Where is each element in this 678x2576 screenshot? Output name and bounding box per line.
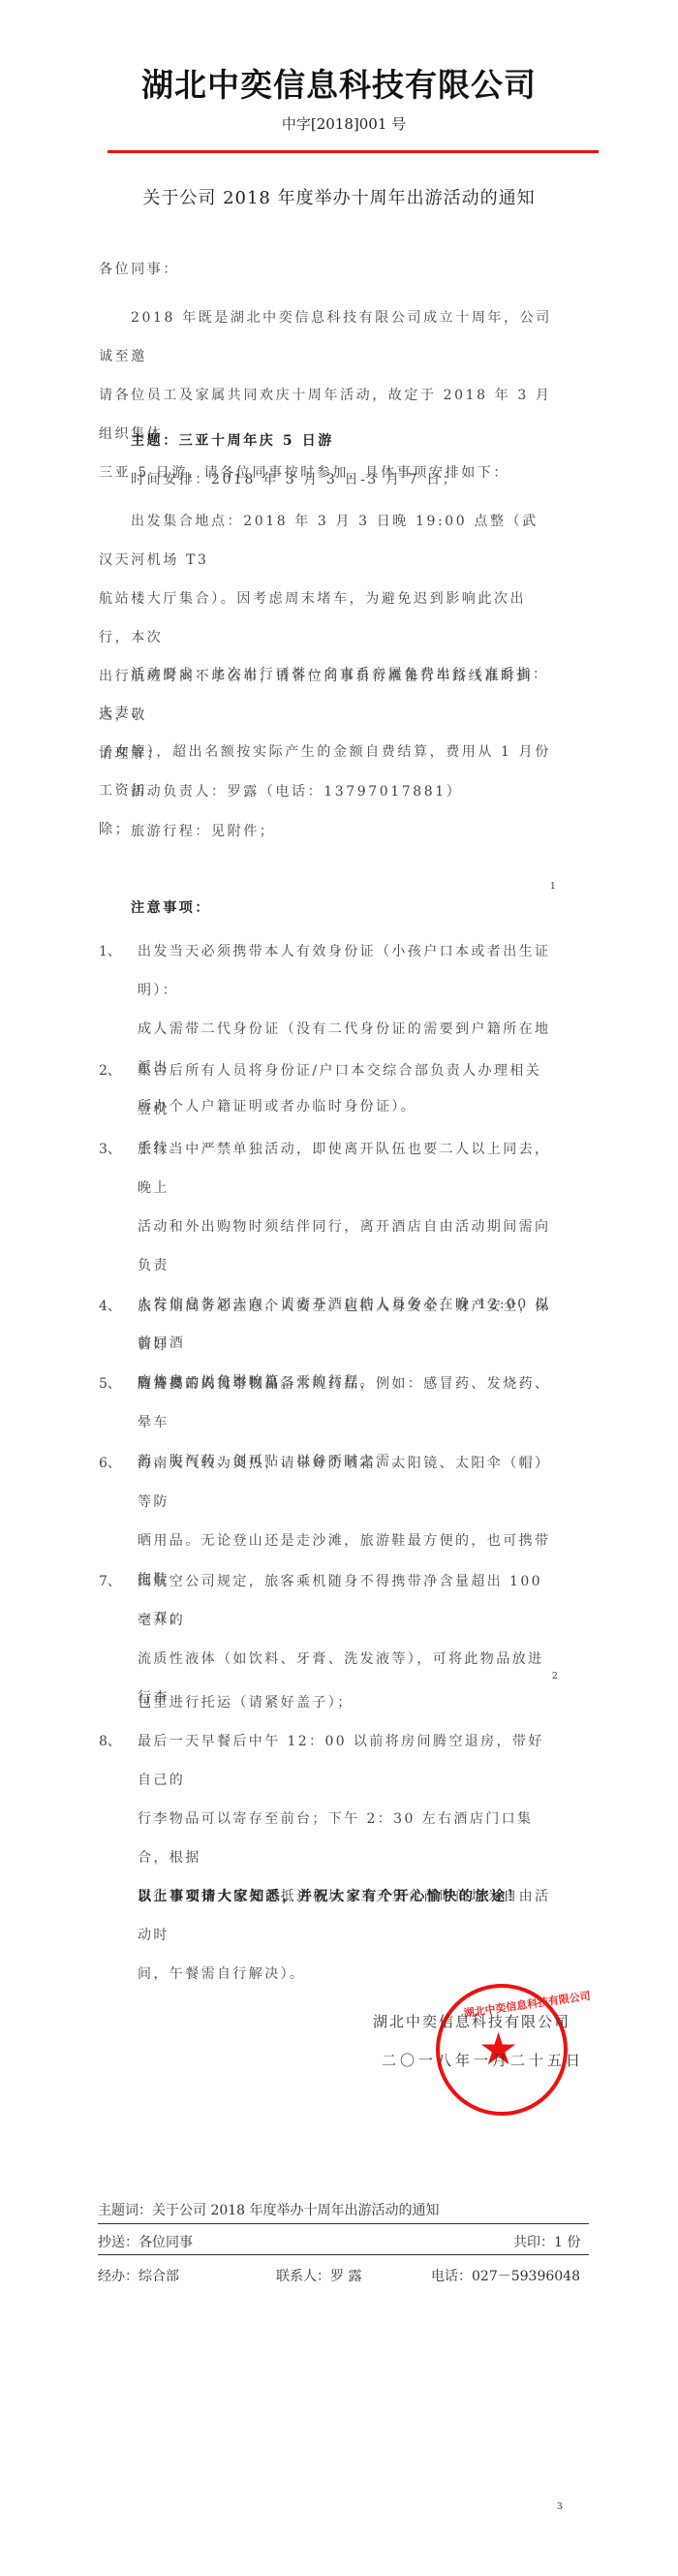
notes-heading: 注意事项： xyxy=(99,889,554,927)
note-line: 有需要的人员可以自备常规药品，例如：感冒药、发烧药、晕车 xyxy=(138,1365,554,1442)
closing-line: 以上事项请大家知悉，并祝大家有个开心愉快的旅途！ xyxy=(138,1877,593,1916)
note-line: 旅行当中严禁单独活动，即使离开队伍也要二人以上同去，晚上 xyxy=(138,1130,554,1208)
note-line: 出发当天必须携带本人有效身份证（小孩户口本或者出生证明）： xyxy=(138,932,554,1010)
note-number: 1、 xyxy=(99,932,121,971)
company-title: 湖北中奕信息科技有限公司 xyxy=(0,60,678,106)
meeting-line: 航站楼大厅集合）。因考虑周末堵车，为避免迟到影响此次出行，本次 xyxy=(99,580,554,657)
requirement-line: 活动要求：此次出行可带一名直系亲属免费出行（直系指：夫妻、 xyxy=(99,655,554,733)
note-line: 活动和外出购物时须结伴同行，离开酒店自由活动期间需向负责 xyxy=(138,1208,554,1285)
intro-line: 2018 年既是湖北中奕信息科技有限公司成立十周年，公司诚至邀 xyxy=(99,298,554,376)
footer-cc: 抄送：各位同事 xyxy=(98,2232,193,2251)
footer-handler: 经办：综合部 xyxy=(98,2266,179,2285)
signature-date: 二〇一八年一月二十五日 xyxy=(382,2050,584,2070)
signature-company: 湖北中奕信息科技有限公司 xyxy=(373,2011,570,2031)
note-line: 最后一天早餐后中午 12：00 以前将房间腾空退房，带好自己的 xyxy=(138,1722,554,1800)
footer-rule xyxy=(98,2223,589,2224)
note-number: 2、 xyxy=(99,1052,121,1090)
document-number: 中字[2018]001 号 xyxy=(0,113,678,134)
footer-phone: 电话：027－59396048 xyxy=(431,2266,580,2285)
note-number: 8、 xyxy=(99,1722,121,1761)
salutation: 各位同事： xyxy=(99,250,554,289)
note-number: 6、 xyxy=(99,1444,121,1483)
notice-title: 关于公司 2018 年度举办十周年出游活动的通知 xyxy=(0,184,678,209)
contact-line: 活动负责人：罗露（电话：13797017881） xyxy=(99,772,554,811)
theme-line: 主题：三亚十周年庆 5 日游 xyxy=(99,422,554,460)
meeting-line: 出发集合地点：2018 年 3 月 3 日晚 19:00 点整（武汉天河机场 T… xyxy=(99,502,554,580)
schedule-line: 时间安排：2018 年 3 月 3 日-3 月 7 日； xyxy=(99,460,554,499)
note-line: 海南天气较为炎热，请带好防晒霜、太阳镜、太阳伞（帽）等防 xyxy=(138,1444,554,1522)
red-header-rule xyxy=(108,150,599,153)
page-number: 3 xyxy=(557,2502,563,2512)
note-line: 集合后所有人员将身份证/户口本交综合部负责人办理相关登机 xyxy=(138,1052,554,1129)
note-number: 7、 xyxy=(99,1562,121,1601)
note-line: 旅行期间务必注意个人安全。包括人身安全、财产安全，保管好 xyxy=(138,1287,554,1365)
page-number: 2 xyxy=(552,1672,558,1681)
footer-rule xyxy=(98,2254,589,2255)
note-item: 最后一天早餐后中午 12：00 以前将房间腾空退房，带好自己的 行李物品可以寄存… xyxy=(138,1722,554,1994)
itinerary-line: 旅游行程：见附件； xyxy=(99,812,554,851)
note-line: 行李物品可以寄存至前台；下午 2：30 左右酒店门口集合，根据 xyxy=(138,1800,554,1877)
footer-contact-person: 联系人：罗 露 xyxy=(276,2266,361,2285)
footer-subject: 主题词：关于公司 2018 年度举办十周年出游活动的通知 xyxy=(98,2200,440,2219)
note-line: 包里进行托运（请紧好盖子）； xyxy=(138,1683,554,1722)
note-line: 因航空公司规定，旅客乘机随身不得携带净含量超出 100 毫升的 xyxy=(138,1562,554,1640)
note-number: 4、 xyxy=(99,1287,121,1326)
note-number: 3、 xyxy=(99,1130,121,1169)
note-number: 5、 xyxy=(99,1365,121,1403)
footer-copies: 共印：1 份 xyxy=(513,2232,580,2251)
